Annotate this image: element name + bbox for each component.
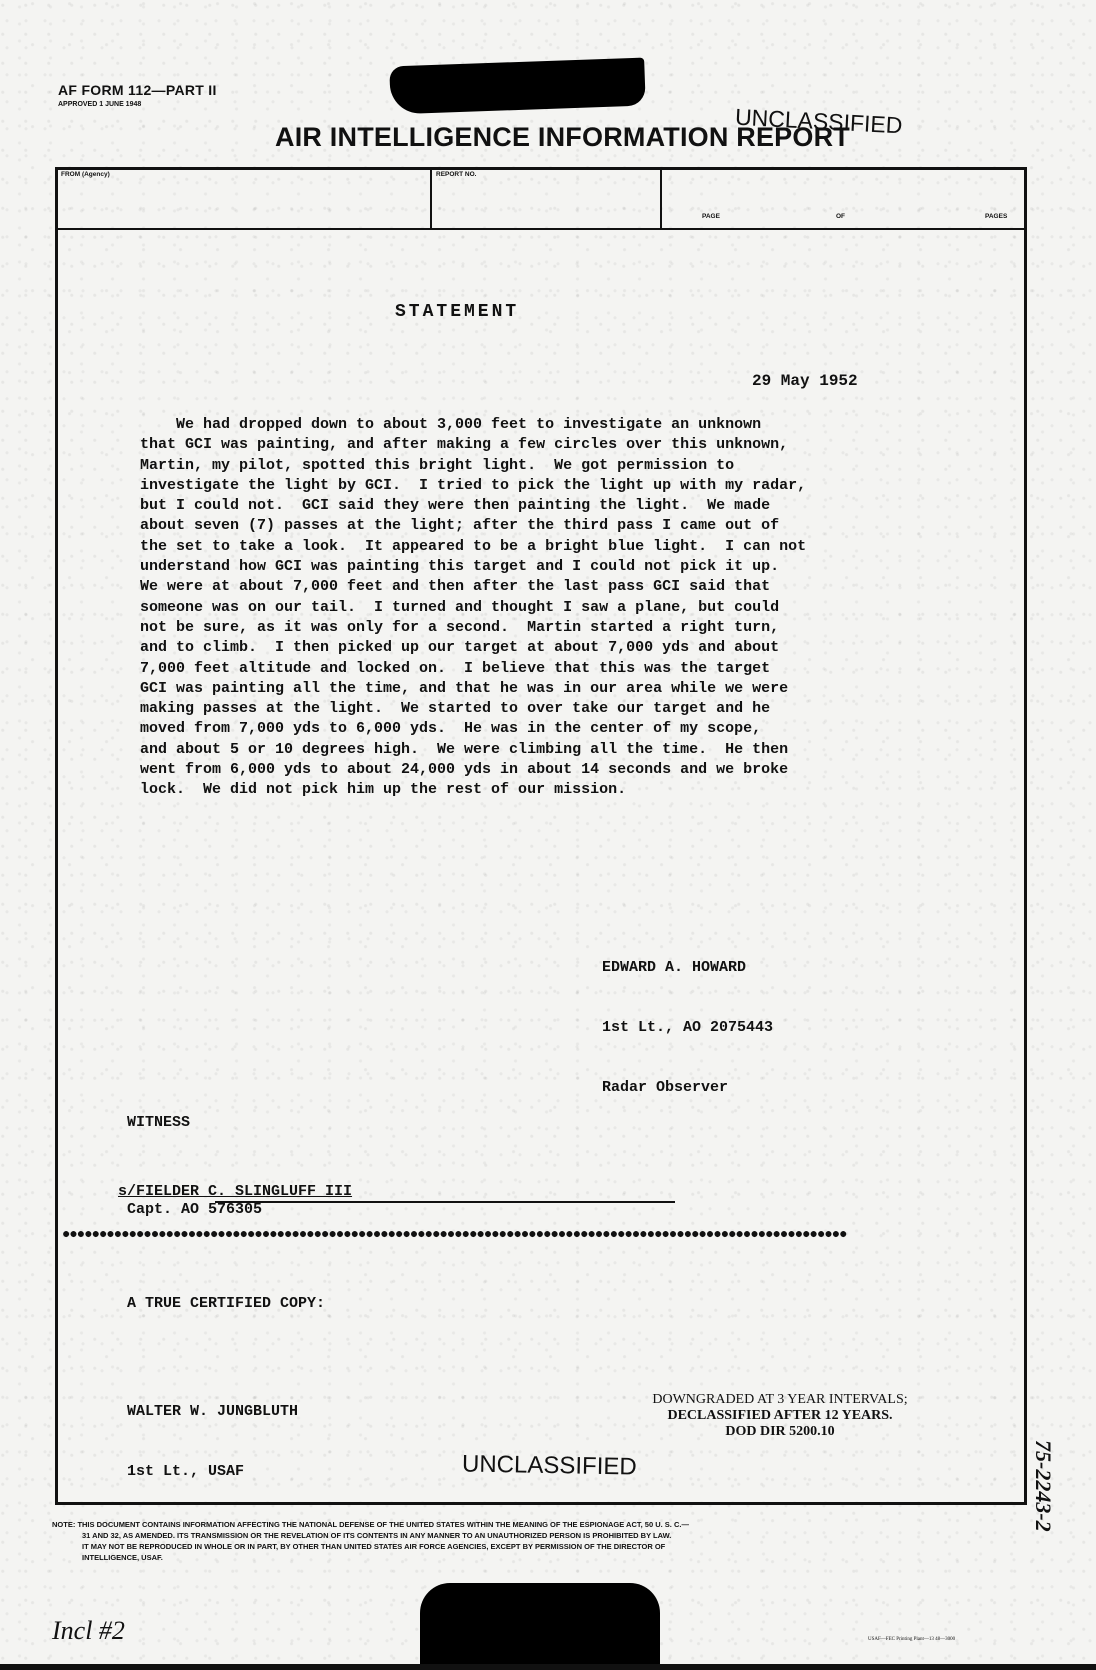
downgrade-line-3: DOD DIR 5200.10 — [570, 1424, 990, 1440]
redaction-mark — [389, 58, 646, 115]
statement-date: 29 May 1952 — [752, 372, 858, 390]
statement-line: moved from 7,000 yds to 6,000 yds. He wa… — [140, 719, 980, 739]
statement-body: We had dropped down to about 3,000 feet … — [140, 415, 980, 801]
certifier-rank: 1st Lt., USAF — [127, 1462, 298, 1482]
statement-line: understand how GCI was painting this tar… — [140, 557, 980, 577]
statement-line: and to climb. I then picked up our targe… — [140, 638, 980, 658]
certifier-block: WALTER W. JUNGBLUTH 1st Lt., USAF — [127, 1362, 298, 1502]
statement-line: but I could not. GCI said they were then… — [140, 496, 980, 516]
of-label: OF — [836, 213, 845, 220]
report-no-field: REPORT NO. — [430, 167, 662, 228]
signatory-rank: 1st Lt., AO 2075443 — [602, 1018, 773, 1038]
notice-line-4: INTELLIGENCE, USAF. — [52, 1552, 1042, 1563]
statement-line: about seven (7) passes at the light; aft… — [140, 516, 980, 536]
handwritten-enclosure-note: Incl #2 — [52, 1616, 125, 1646]
form-id: AF FORM 112—PART II — [58, 82, 217, 98]
statement-line: not be sure, as it was only for a second… — [140, 618, 980, 638]
statement-line: investigate the light by GCI. I tried to… — [140, 476, 980, 496]
espionage-act-notice: NOTE: THIS DOCUMENT CONTAINS INFORMATION… — [52, 1519, 1042, 1563]
statement-line: We were at about 7,000 feet and then aft… — [140, 577, 980, 597]
dotted-separator: ●●●●●●●●●●●●●●●●●●●●●●●●●●●●●●●●●●●●●●●●… — [62, 1227, 1022, 1243]
statement-line: making passes at the light. We started t… — [140, 699, 980, 719]
signatory-role: Radar Observer — [602, 1078, 773, 1098]
classification-stamp-bottom: UNCLASSIFIED — [462, 1450, 637, 1481]
statement-line: that GCI was painting, and after making … — [140, 435, 980, 455]
witness-label: WITNESS — [127, 1114, 190, 1131]
statement-line: Martin, my pilot, spotted this bright li… — [140, 456, 980, 476]
statement-line: went from 6,000 yds to about 24,000 yds … — [140, 760, 980, 780]
witness-rank: Capt. AO 576305 — [127, 1201, 262, 1218]
page-edge — [0, 1664, 1096, 1670]
print-code: USAF—FEC Printing Plant—13 48—3000 — [868, 1637, 955, 1642]
notice-line-3: IT MAY NOT BE REPRODUCED IN WHOLE OR IN … — [52, 1541, 1042, 1552]
notice-line-1: THIS DOCUMENT CONTAINS INFORMATION AFFEC… — [77, 1520, 689, 1529]
handwritten-file-number: 75-2243-2 — [1030, 1440, 1056, 1532]
from-label: FROM (Agency) — [61, 171, 110, 178]
statement-line: and about 5 or 10 degrees high. We were … — [140, 740, 980, 760]
signatory-name: EDWARD A. HOWARD — [602, 958, 773, 978]
witness-signature: s/FIELDER C. SLINGLUFF III — [118, 1183, 352, 1200]
page-label: PAGE — [702, 213, 720, 220]
form-approved-date: APPROVED 1 JUNE 1948 — [58, 101, 141, 108]
downgrade-line-2: DECLASSIFIED AFTER 12 YEARS. — [570, 1408, 990, 1424]
statement-line: We had dropped down to about 3,000 feet … — [140, 415, 980, 435]
downgrade-stamp: DOWNGRADED AT 3 YEAR INTERVALS; DECLASSI… — [570, 1392, 990, 1440]
statement-heading: STATEMENT — [395, 302, 519, 322]
statement-line: GCI was painting all the time, and that … — [140, 679, 980, 699]
notice-line-2: 31 AND 32, AS AMENDED. ITS TRANSMISSION … — [52, 1530, 1042, 1541]
signature-block: EDWARD A. HOWARD 1st Lt., AO 2075443 Rad… — [602, 918, 773, 1118]
statement-line: someone was on our tail. I turned and th… — [140, 598, 980, 618]
signature-line — [215, 1201, 675, 1203]
report-no-label: REPORT NO. — [436, 171, 476, 178]
pages-label: PAGES — [985, 213, 1007, 220]
downgrade-line-1: DOWNGRADED AT 3 YEAR INTERVALS; — [570, 1392, 990, 1408]
statement-line: 7,000 feet altitude and locked on. I bel… — [140, 659, 980, 679]
statement-line: the set to take a look. It appeared to b… — [140, 537, 980, 557]
certifier-name: WALTER W. JUNGBLUTH — [127, 1402, 298, 1422]
statement-line: lock. We did not pick him up the rest of… — [140, 780, 980, 800]
from-field: FROM (Agency) — [55, 167, 432, 228]
notice-label: NOTE: — [52, 1520, 75, 1529]
page-field: PAGE OF PAGES — [660, 167, 1024, 228]
form-header-row: FROM (Agency) REPORT NO. PAGE OF PAGES — [55, 167, 1027, 230]
certification-label: A TRUE CERTIFIED COPY: — [127, 1295, 325, 1312]
redaction-mark-bottom — [420, 1583, 660, 1670]
